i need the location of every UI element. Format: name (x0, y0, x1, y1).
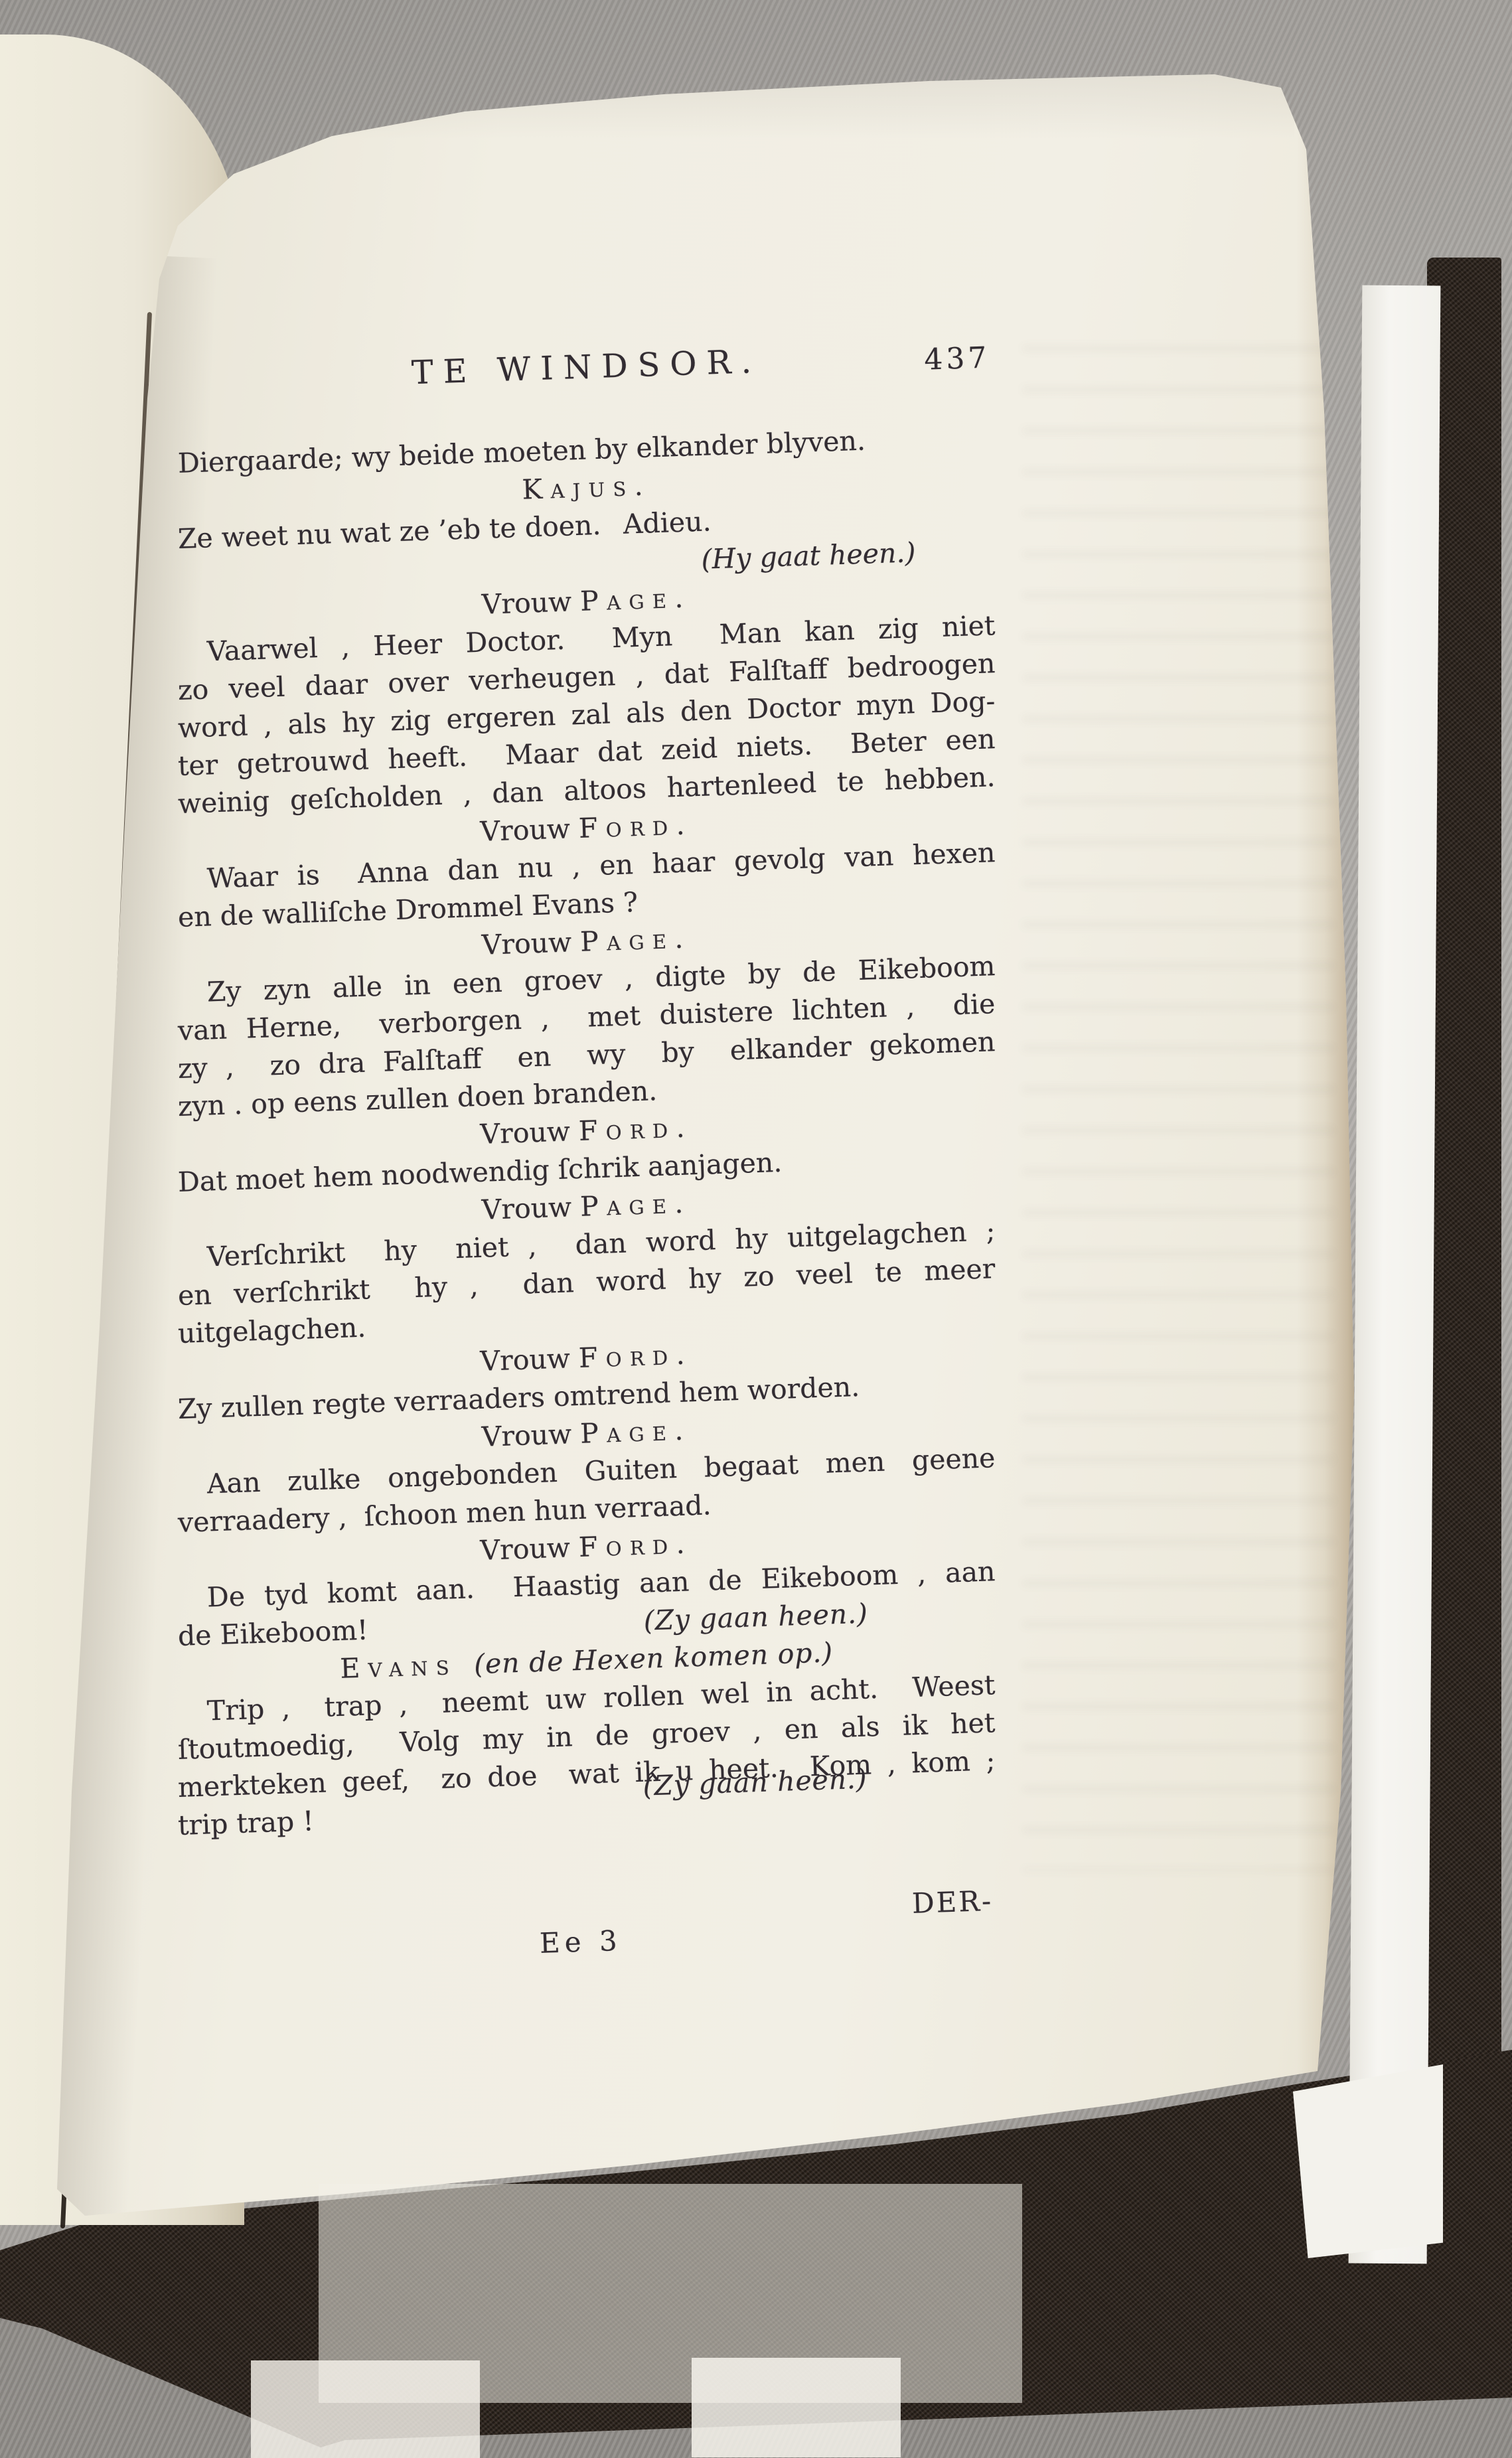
signature-mark: Ee 3 (539, 1922, 622, 1962)
speaker-name: Evans (340, 1648, 475, 1685)
speaker-prefix: Vrouw (480, 1531, 579, 1567)
photo-patch-overlay (692, 2358, 901, 2457)
speaker-name: Page. (579, 922, 692, 958)
speaker-name: Ford. (578, 1111, 693, 1147)
text-block-body: Diergaarde; wy beide moeten by elkander … (178, 445, 996, 1845)
page-text-block: TE WINDSOR. 437 Diergaarde; wy beide moe… (178, 362, 996, 1845)
book-photo: ENF.L.dſor.het kas-n onzer niet ,afge-r … (0, 0, 1512, 2458)
speaker-prefix: Vrouw (480, 812, 579, 848)
page-number: 437 (923, 339, 990, 378)
bookmark-paper-bottom (1293, 2064, 1443, 2258)
bookmark-paper (1349, 285, 1441, 2264)
page-title: TE WINDSOR. (177, 335, 996, 400)
speaker-prefix: Vrouw (481, 1191, 581, 1226)
speaker-prefix: Vrouw (480, 1115, 579, 1150)
speaker-name: Ford. (578, 808, 693, 844)
speaker-name: Page. (579, 1414, 692, 1450)
dialogue-tail: trip trap ! (177, 1805, 314, 1841)
dialogue-tail: de Eikeboom! (177, 1614, 368, 1652)
photo-patch-overlay (251, 2360, 480, 2458)
speaker-prefix: Vrouw (480, 1342, 579, 1377)
speaker-name: Ford. (578, 1527, 693, 1563)
page-top-shadow (166, 66, 1294, 139)
stage-direction: (Zy gaan heen.) (643, 1760, 868, 1805)
speaker-name: Kajus. (522, 469, 652, 505)
speaker-prefix: Vrouw (481, 926, 581, 961)
ink-showthrough (1022, 345, 1334, 1872)
speaker-name: Ford. (578, 1338, 693, 1374)
speaker-prefix: Vrouw (481, 585, 581, 621)
speaker-name: Page. (579, 581, 692, 617)
catchword: DER- (911, 1882, 994, 1922)
page-header: TE WINDSOR. 437 (177, 335, 996, 408)
speaker-prefix: Vrouw (481, 1418, 581, 1453)
speaker-name: Page. (579, 1187, 692, 1223)
